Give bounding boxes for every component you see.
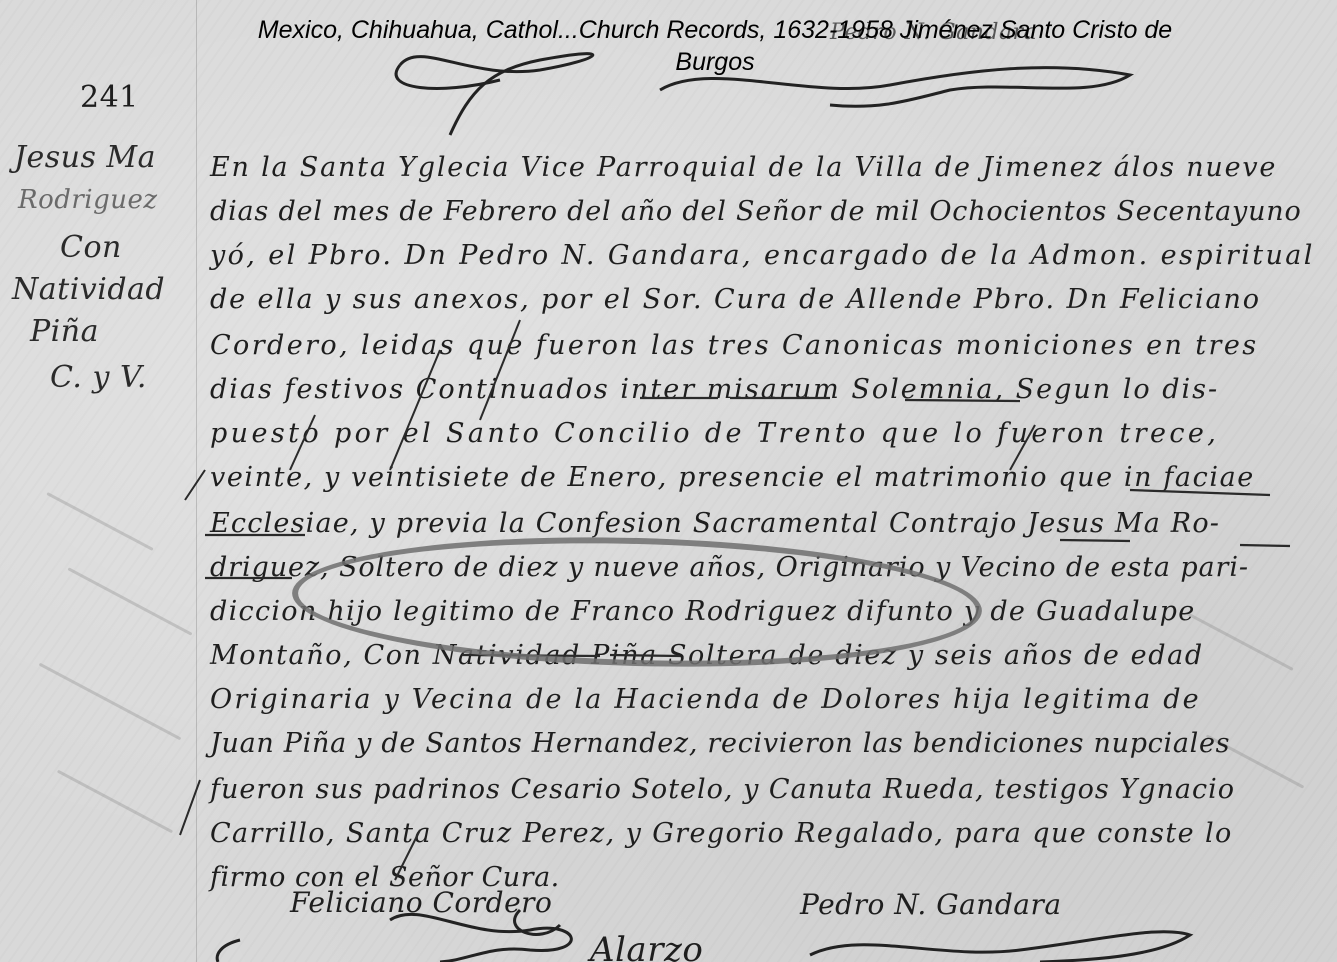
record-title-line-1: Mexico, Chihuahua, Cathol...Church Recor… xyxy=(0,14,1337,46)
record-title-line-2: Burgos xyxy=(0,46,1337,78)
diagonal-pen-strokes xyxy=(0,0,1337,962)
record-title-overlay: Mexico, Chihuahua, Cathol...Church Recor… xyxy=(0,14,1337,78)
